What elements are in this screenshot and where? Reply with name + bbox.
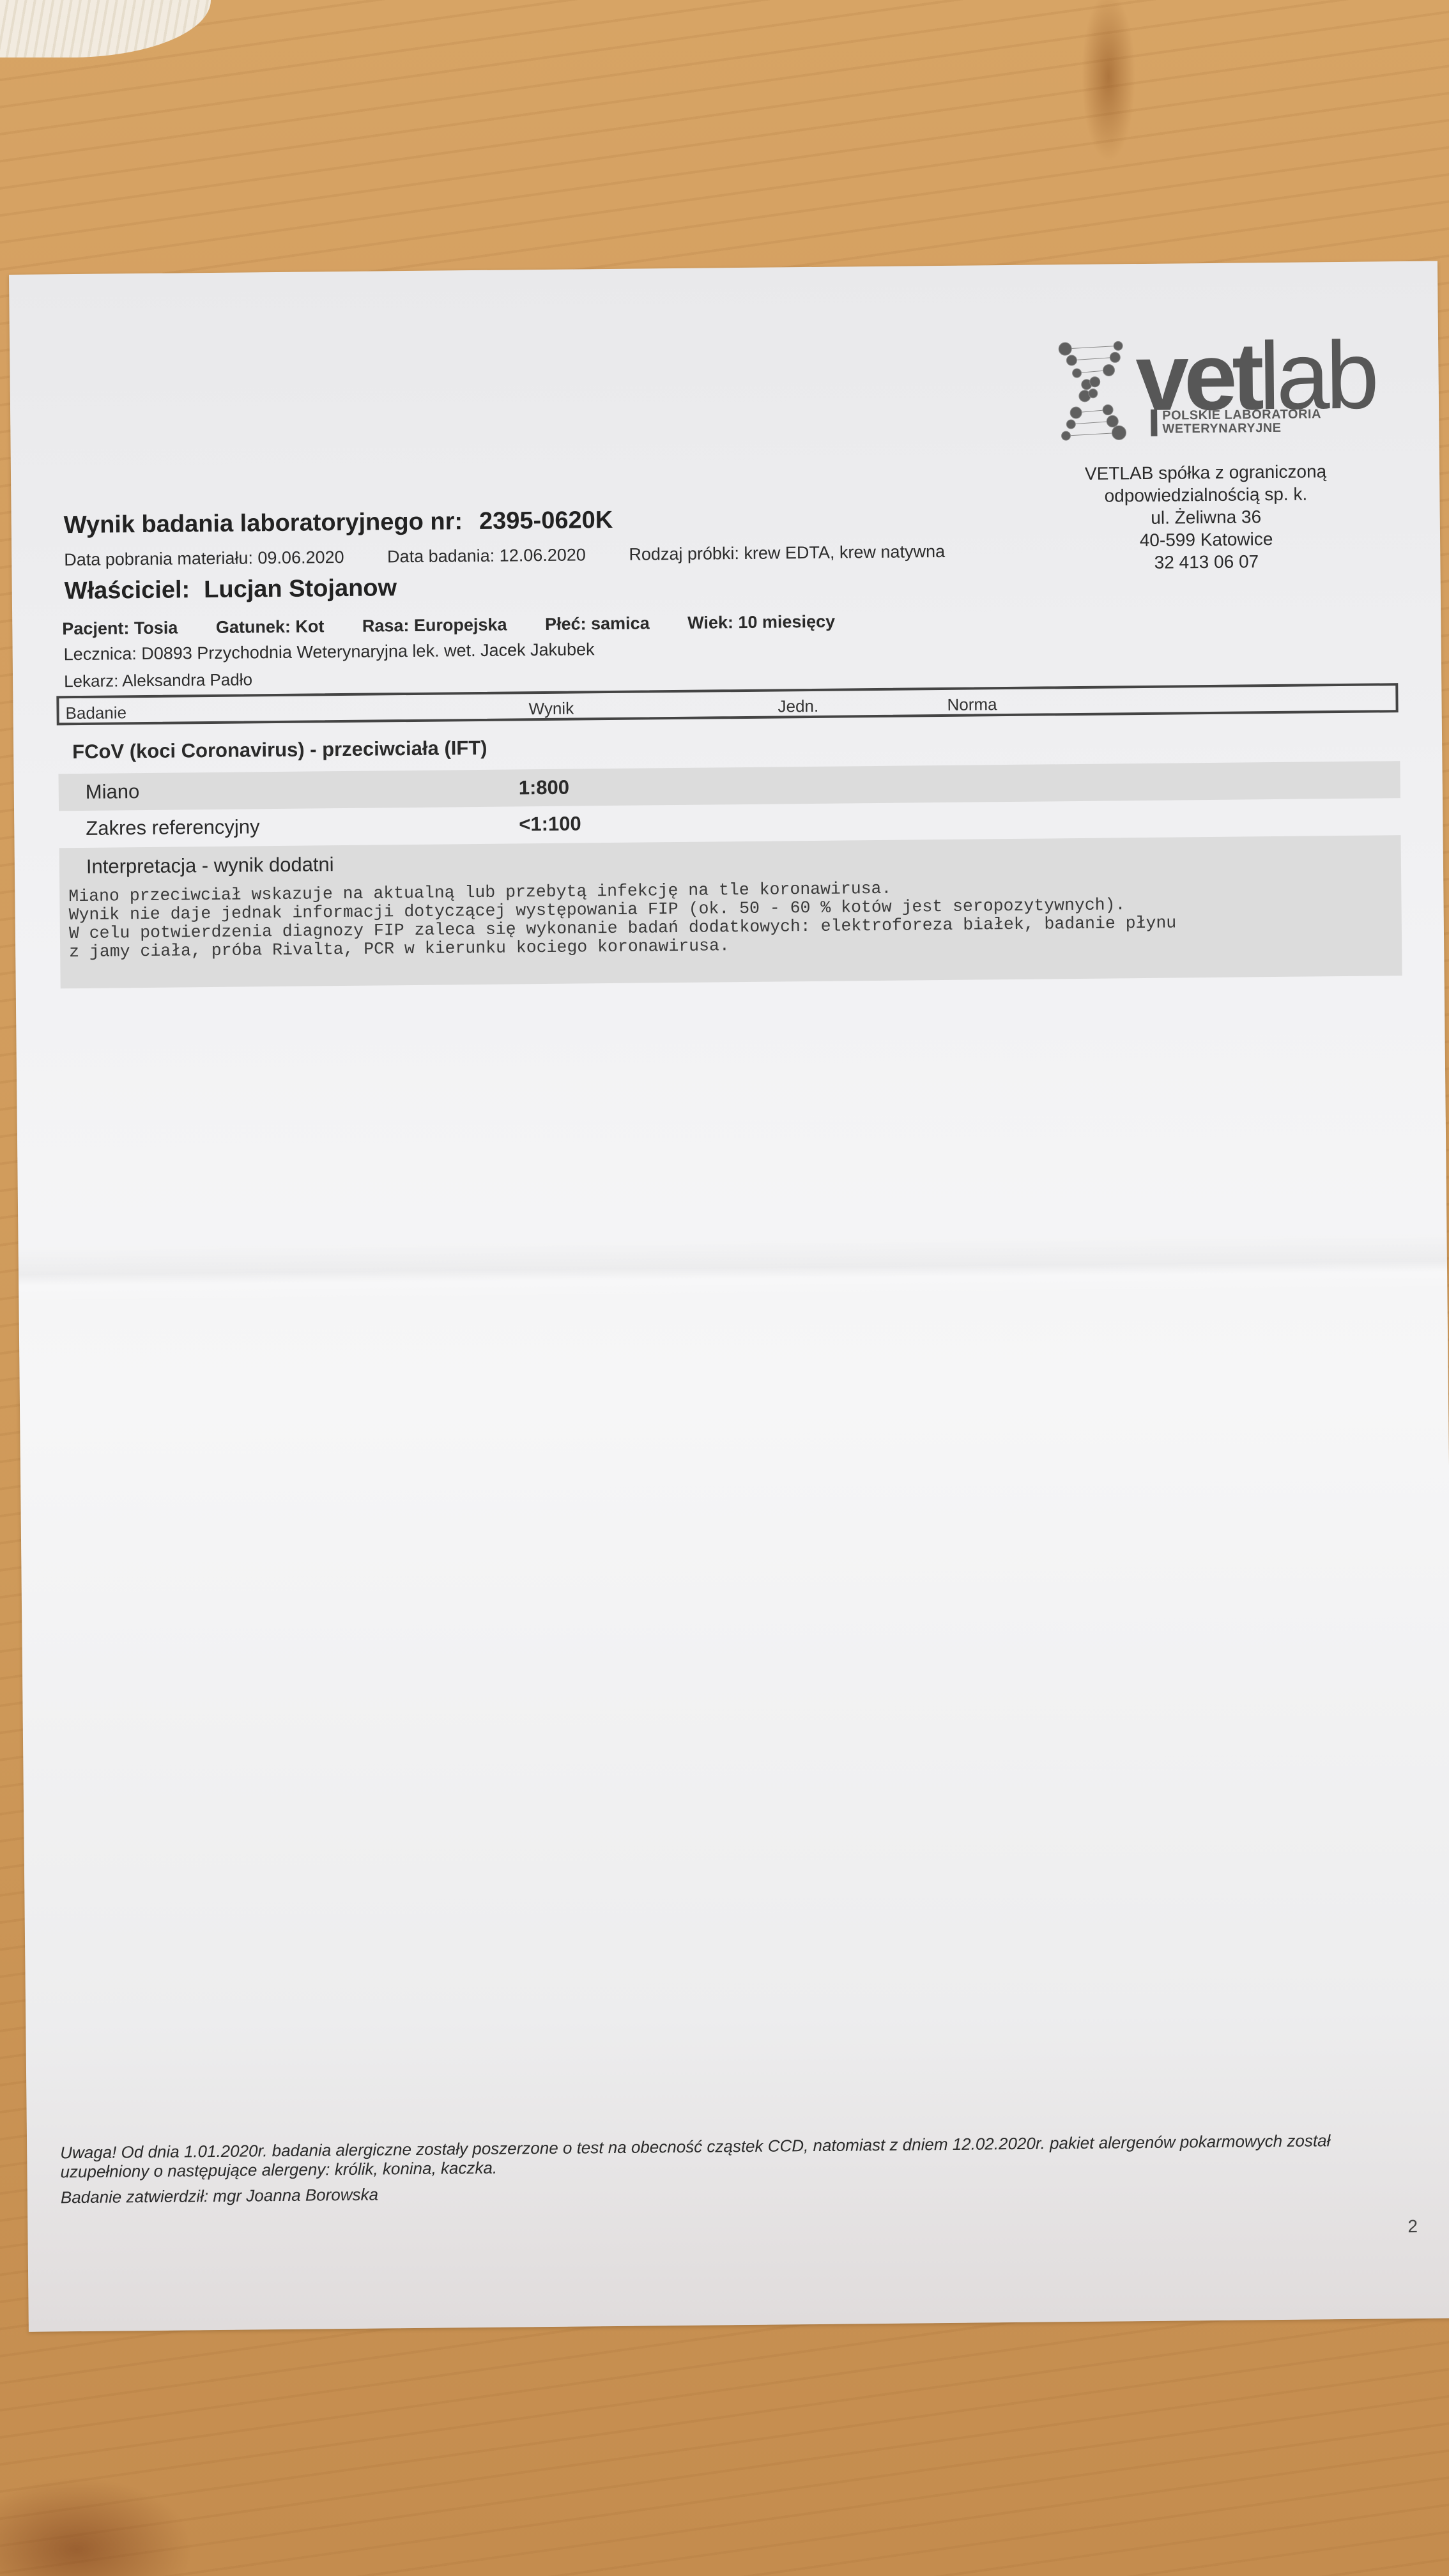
collection-date: Data pobrania materiału: 09.06.2020 [64, 548, 344, 569]
row-band [59, 761, 1400, 811]
column-norma: Norma [947, 694, 997, 715]
dna-helix-icon [1057, 341, 1135, 443]
lace-doily [0, 0, 211, 57]
paper-fold [19, 1232, 1448, 1303]
sample-type: Rodzaj próbki: krew EDTA, krew natywna [629, 542, 945, 564]
report-dates: Data pobrania materiału: 09.06.2020 Data… [64, 541, 983, 570]
patient-name: Pacjent: Tosia [62, 618, 178, 638]
column-wynik: Wynik [528, 699, 574, 719]
row-value-reference: <1:100 [519, 812, 581, 836]
column-badanie: Badanie [65, 703, 126, 723]
patient-breed: Rasa: Europejska [362, 615, 507, 636]
clinic: Lecznica: D0893 Przychodnia Weterynaryjn… [64, 640, 595, 664]
test-date: Data badania: 12.06.2020 [387, 545, 586, 566]
results-table-header: Badanie Wynik Jedn. Norma [56, 683, 1398, 725]
owner-name: Lucjan Stojanow [204, 574, 397, 603]
column-jedn: Jedn. [778, 696, 818, 717]
doctor: Lekarz: Aleksandra Padło [64, 670, 252, 691]
patient-age: Wiek: 10 miesięcy [687, 612, 835, 632]
row-label-interpretation: Interpretacja - wynik dodatni [86, 853, 334, 878]
row-label-miano: Miano [86, 780, 140, 804]
page-number: 2 [1407, 2216, 1418, 2237]
row-label-reference: Zakres referencyjny [86, 815, 260, 840]
report-number: 2395-0620K [479, 507, 613, 535]
row-value-miano: 1:800 [519, 776, 570, 800]
test-section-title: FCoV (koci Coronavirus) - przeciwciała (… [72, 737, 487, 763]
company-address: VETLAB spółka z ograniczoną odpowiedzial… [1052, 460, 1360, 575]
lab-report-page: vetlab POLSKIE LABORATORIA WETERYNARYJNE… [9, 261, 1449, 2332]
approved-by: Badanie zatwierdził: mgr Joanna Borowska [61, 2185, 378, 2208]
footer-note: Uwaga! Od dnia 1.01.2020r. badania alerg… [60, 2131, 1338, 2181]
vetlab-logo: vetlab POLSKIE LABORATORIA WETERYNARYJNE [1057, 339, 1353, 443]
patient-species: Gatunek: Kot [216, 617, 325, 637]
patient-sex: Płeć: samica [545, 613, 650, 634]
brand-tagline: POLSKIE LABORATORIA WETERYNARYJNE [1151, 408, 1321, 436]
interpretation-text: Miano przeciwciał wskazuje na aktualną l… [68, 877, 1176, 962]
report-title: Wynik badania laboratoryjnego nr:2395-06… [64, 507, 613, 539]
patient-info: Pacjent: Tosia Gatunek: Kot Rasa: Europe… [62, 611, 868, 639]
owner: Właściciel:Lucjan Stojanow [65, 574, 397, 605]
